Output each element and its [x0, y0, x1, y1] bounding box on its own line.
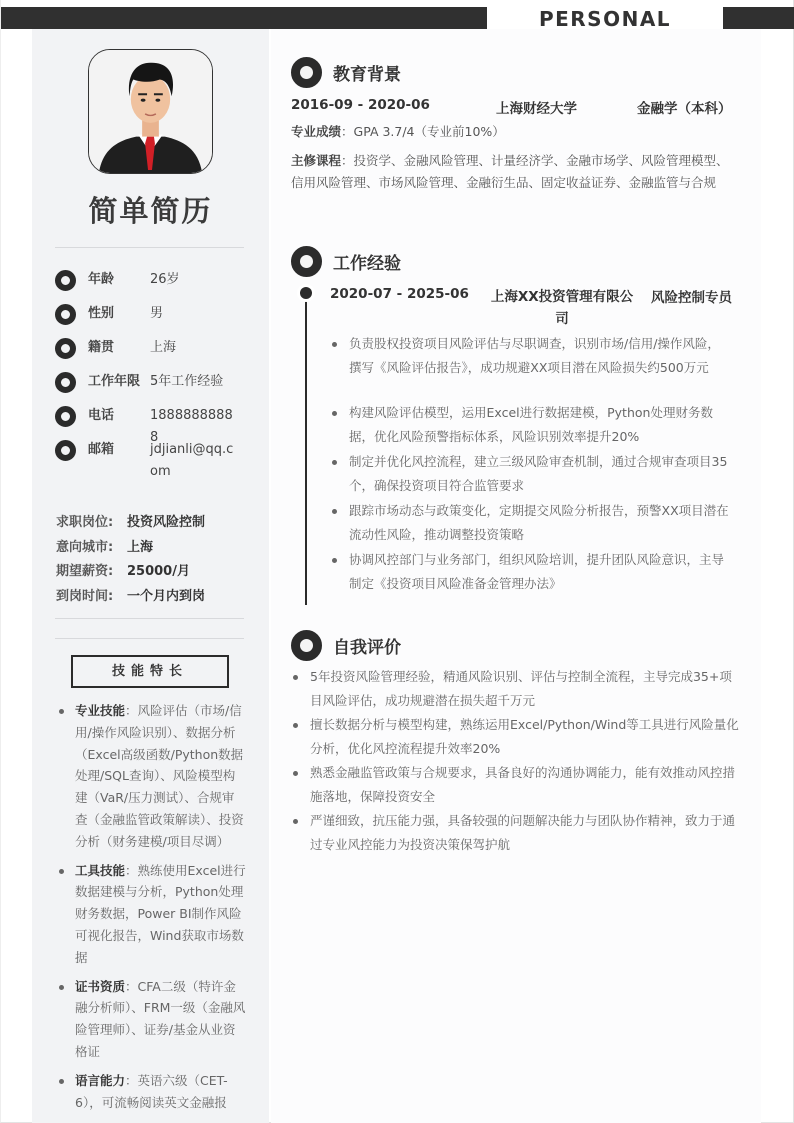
timeline-dot-icon: [300, 287, 312, 299]
education-gpa: 专业成绩：GPA 3.7/4（专业前10%）: [291, 121, 736, 143]
ring-bullet-icon: [55, 338, 76, 359]
info-label: 年龄: [88, 271, 150, 289]
job-intent-row: 到岗时间: 一个月内到岗: [56, 585, 256, 610]
info-row-gender: 性别 男: [55, 305, 255, 339]
avatar: [88, 49, 213, 174]
job-intent-value: 一个月内到岗: [127, 585, 205, 610]
ring-bullet-icon: [55, 270, 76, 291]
divider: [55, 247, 244, 248]
skill-label: 证书资质: [75, 979, 125, 994]
education-school: 上海财经大学: [496, 97, 577, 117]
header-bar-left: [1, 7, 487, 29]
divider: [55, 618, 244, 619]
self-eval-bullet: 熟悉金融监管政策与合规要求，具备良好的沟通协调能力，能有效推动风控措施落地，保障…: [291, 761, 741, 808]
work-bullet: 协调风控部门与业务部门，组织风险培训，提升团队风险意识，主导制定《投资项目风险准…: [330, 548, 730, 595]
work-position: 风险控制专员: [651, 286, 732, 306]
work-title: 工作经验: [333, 249, 401, 274]
job-intent-label: 到岗时间:: [56, 585, 127, 610]
self-eval-bullet: 5年投资风险管理经验，精通风险识别、评估与控制全流程，主导完成35+项目风险评估…: [291, 665, 741, 712]
section-ring-icon: [291, 57, 322, 88]
work-period: 2020-07 - 2025-06: [330, 286, 469, 302]
self-eval-header: 自我评价: [291, 630, 401, 661]
job-intent-row: 求职岗位: 投资风险控制: [56, 511, 256, 536]
work-header: 工作经验: [291, 246, 401, 277]
gpa-value: ：GPA 3.7/4（专业前10%）: [341, 124, 505, 139]
job-intent-list: 求职岗位: 投资风险控制 意向城市: 上海 期望薪资: 25000/月 到岗时间…: [56, 511, 256, 609]
info-label: 邮箱: [88, 441, 150, 459]
skill-text: ：风险评估（市场/信用/操作风险识别）、数据分析（Excel高级函数/Pytho…: [75, 703, 244, 849]
main-content: 教育背景 2016-09 - 2020-06 上海财经大学 金融学（本科） 专业…: [271, 29, 761, 1123]
gpa-label: 专业成绩: [291, 124, 341, 139]
work-bullet: 跟踪市场动态与政策变化，定期提交风险分析报告，预警XX项目潜在流动性风险，推动调…: [330, 499, 730, 546]
self-eval-bullets: 5年投资风险管理经验，精通风险识别、评估与控制全流程，主导完成35+项目风险评估…: [291, 665, 741, 857]
skill-item: 专业技能：风险评估（市场/信用/操作风险识别）、数据分析（Excel高级函数/P…: [56, 700, 246, 853]
work-company: 上海XX投资管理有限公司: [490, 286, 634, 330]
job-intent-label: 求职岗位:: [56, 511, 127, 536]
self-eval-bullet: 擅长数据分析与模型构建，熟练运用Excel/Python/Wind等工具进行风险…: [291, 713, 741, 760]
work-bullets: 负责股权投资项目风险评估与尽职调查，识别市场/信用/操作风险，撰写《风险评估报告…: [330, 332, 730, 597]
avatar-portrait-icon: [89, 50, 212, 173]
info-value: 26岁: [150, 269, 234, 291]
education-header: 教育背景: [291, 57, 401, 88]
self-eval-bullet: 严谨细致，抗压能力强，具备较强的问题解决能力与团队协作精神，致力于通过专业风控能…: [291, 809, 741, 856]
courses-label: 主修课程: [291, 153, 341, 168]
skills-section-title: 技能特长: [71, 655, 229, 688]
info-row-hometown: 籍贯 上海: [55, 339, 255, 373]
info-label: 工作年限: [88, 373, 150, 391]
job-intent-label: 意向城市:: [56, 536, 127, 561]
education-courses: 主修课程：投资学、金融风险管理、计量经济学、金融市场学、风险管理模型、信用风险管…: [291, 150, 736, 194]
job-intent-value: 25000/月: [127, 560, 190, 585]
ring-bullet-icon: [55, 372, 76, 393]
timeline-line: [305, 294, 307, 605]
info-value: 上海: [150, 337, 234, 359]
divider: [55, 638, 244, 639]
ring-bullet-icon: [55, 440, 76, 461]
education-row: 2016-09 - 2020-06 上海财经大学 金融学（本科）: [291, 97, 736, 117]
info-value: 5年工作经验: [150, 371, 234, 393]
skill-label: 专业技能: [75, 703, 125, 718]
education-period: 2016-09 - 2020-06: [291, 97, 430, 113]
skill-item: 证书资质：CFA二级（特许金融分析师）、FRM一级（金融风险管理师）、证券/基金…: [56, 976, 246, 1063]
sidebar: 简单简历 年龄 26岁 性别 男 籍贯 上海 工作年限 5年工作经验: [32, 29, 269, 1123]
skill-item: 工具技能：熟练使用Excel进行数据建模与分析，Python处理财务数据，Pow…: [56, 860, 246, 969]
self-eval-title: 自我评价: [333, 633, 401, 658]
work-bullet: 制定并优化风控流程，建立三级风险审查机制，通过合规审查项目35个，确保投资项目符…: [330, 450, 730, 497]
ring-bullet-icon: [55, 304, 76, 325]
job-intent-value: 投资风险控制: [127, 511, 205, 536]
header-bar-right: [723, 7, 794, 29]
personal-info-list: 年龄 26岁 性别 男 籍贯 上海 工作年限 5年工作经验 电话 188: [55, 271, 255, 475]
info-label: 籍贯: [88, 339, 150, 357]
info-label: 电话: [88, 407, 150, 425]
email-value: jdjianli@qq.com: [150, 439, 234, 483]
section-ring-icon: [291, 246, 322, 277]
job-intent-label: 期望薪资:: [56, 560, 127, 585]
skill-item: 语言能力：英语六级（CET-6），可流畅阅读英文金融报: [56, 1070, 246, 1114]
resume-page: PERSONAL RESUME 简单简历 年龄: [0, 0, 794, 1123]
job-intent-row: 意向城市: 上海: [56, 536, 256, 561]
job-intent-row: 期望薪资: 25000/月: [56, 560, 256, 585]
skill-label: 工具技能: [75, 863, 125, 878]
section-ring-icon: [291, 630, 322, 661]
info-row-age: 年龄 26岁: [55, 271, 255, 305]
candidate-name: 简单简历: [32, 189, 269, 230]
info-row-experience: 工作年限 5年工作经验: [55, 373, 255, 407]
info-row-email: 邮箱 jdjianli@qq.com: [55, 441, 255, 475]
work-bullet: 负责股权投资项目风险评估与尽职调查，识别市场/信用/操作风险，撰写《风险评估报告…: [330, 332, 730, 379]
education-title: 教育背景: [333, 60, 401, 85]
resume-title: PERSONAL RESUME: [487, 4, 723, 32]
info-value: 男: [150, 303, 234, 325]
skills-list: 专业技能：风险评估（市场/信用/操作风险识别）、数据分析（Excel高级函数/P…: [56, 700, 246, 1120]
info-row-phone: 电话 18888888888: [55, 407, 255, 441]
ring-bullet-icon: [55, 406, 76, 427]
skill-label: 语言能力: [75, 1073, 125, 1088]
work-bullet: 构建风险评估模型，运用Excel进行数据建模，Python处理财务数据，优化风险…: [330, 401, 730, 448]
courses-value: ：投资学、金融风险管理、计量经济学、金融市场学、风险管理模型、信用风险管理、市场…: [291, 153, 729, 190]
education-major: 金融学（本科）: [637, 97, 732, 117]
info-label: 性别: [88, 305, 150, 323]
job-intent-value: 上海: [127, 536, 153, 561]
